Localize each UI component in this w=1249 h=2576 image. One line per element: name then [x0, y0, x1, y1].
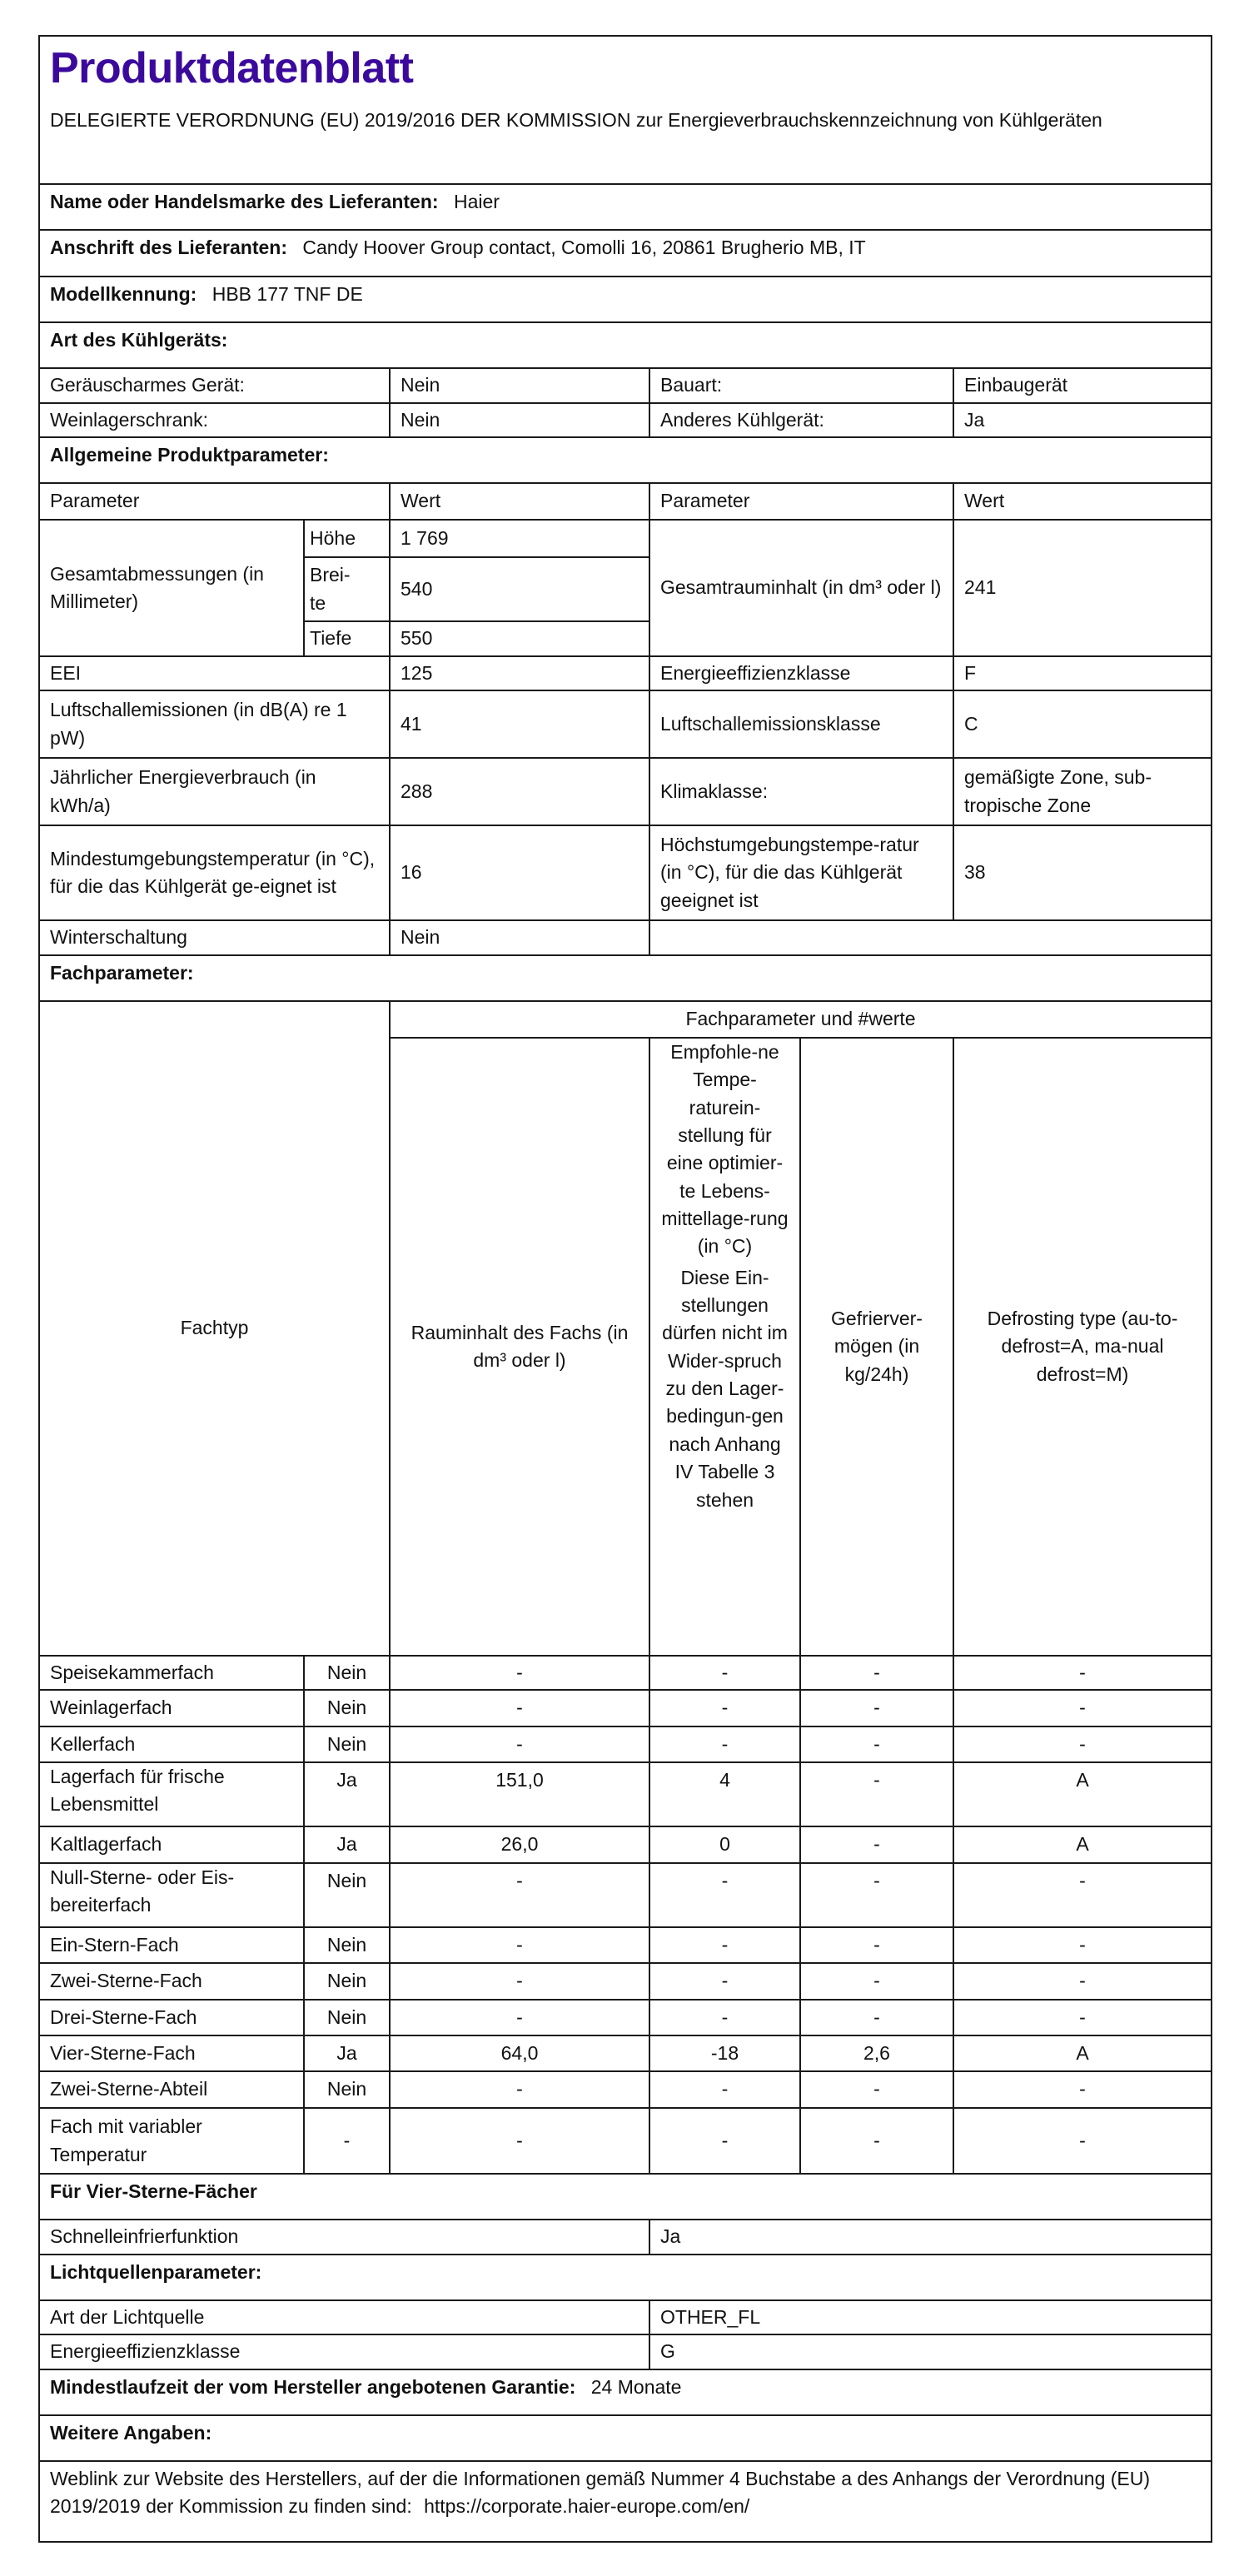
compartment-row: Lagerfach für frische LebensmittelJa151,… [39, 1762, 1212, 1826]
column-header: Parameter [39, 483, 390, 520]
col-header-temp: Empfohle-ne Tempe-raturein-stellung für … [649, 1038, 800, 1656]
volume-label: Gesamtrauminhalt (in dm³ oder l) [649, 520, 953, 656]
column-header: Wert [390, 483, 649, 520]
height-value: 1 769 [390, 520, 649, 557]
compartment-type: Ein-Stern-Fach [39, 1927, 304, 1963]
compartment-type: Kaltlagerfach [39, 1826, 304, 1863]
compartment-freeze-capacity: 2,6 [800, 2035, 953, 2071]
winter-label: Winterschaltung [39, 920, 390, 955]
compartment-defrost-type: A [953, 2035, 1212, 2071]
compartment-freeze-capacity: - [800, 1863, 953, 1927]
compartment-present: Nein [304, 1863, 390, 1927]
group-header: Fachparameter und #werte [390, 1001, 1212, 1038]
annual-energy-value: 288 [390, 758, 649, 825]
compartment-volume: - [390, 1963, 649, 2000]
compartment-volume: - [390, 1927, 649, 1963]
compartment-present: Ja [304, 2035, 390, 2071]
light-type-value: OTHER_FL [649, 2300, 1212, 2334]
width-label: Brei-te [304, 557, 390, 621]
compartment-temp: 0 [649, 1826, 800, 1863]
label: Anderes Kühlgerät: [649, 403, 953, 437]
compartment-row: WeinlagerfachNein---- [39, 1690, 1212, 1726]
compartment-volume: - [390, 2108, 649, 2174]
column-header: Parameter [649, 483, 953, 520]
compartment-temp: - [649, 2000, 800, 2035]
label: Weinlagerschrank: [39, 403, 390, 437]
compartment-temp: - [649, 2108, 800, 2174]
section-heading-further: Weitere Angaben: [39, 2415, 1212, 2461]
compartment-type: Fach mit variabler Temperatur [39, 2108, 304, 2174]
compartment-temp: - [649, 1963, 800, 2000]
compartment-present: Nein [304, 1690, 390, 1726]
energy-class-label: Energieeffizienzklasse [649, 656, 953, 690]
compartment-present: Nein [304, 1656, 390, 1690]
eei-label: EEI [39, 656, 390, 690]
compartment-freeze-capacity: - [800, 1927, 953, 1963]
light-type-label: Art der Lichtquelle [39, 2300, 649, 2334]
light-class-value: G [649, 2334, 1212, 2369]
compartment-defrost-type: - [953, 1726, 1212, 1762]
col-header-volume: Rauminhalt des Fachs (in dm³ oder l) [390, 1038, 649, 1656]
compartment-present: Nein [304, 1963, 390, 2000]
col-header-type: Fachtyp [39, 1001, 390, 1656]
compartment-defrost-type: - [953, 1927, 1212, 1963]
annual-energy-label: Jährlicher Energieverbrauch (in kWh/a) [39, 758, 390, 825]
supplier-name-label: Name oder Handelsmarke des Lieferanten: [50, 191, 439, 212]
section-heading-four-star: Für Vier-Sterne-Fächer [39, 2174, 1212, 2220]
page-title: Produktdatenblatt [50, 45, 1201, 92]
width-value: 540 [390, 557, 649, 621]
compartment-volume: - [390, 1726, 649, 1762]
compartment-type: Zwei-Sterne-Abteil [39, 2071, 304, 2108]
noise-value: 41 [390, 690, 649, 758]
compartment-type: Weinlagerfach [39, 1690, 304, 1726]
temp-header-note: Diese Ein-stellungen dürfen nicht im Wid… [654, 1264, 796, 1514]
compartment-type: Zwei-Sterne-Fach [39, 1963, 304, 2000]
regulation-text: DELEGIERTE VERORDNUNG (EU) 2019/2016 DER… [50, 106, 1201, 135]
compartment-row: KaltlagerfachJa26,00-A [39, 1826, 1212, 1863]
noise-class-label: Luftschallemissionsklasse [649, 690, 953, 758]
compartment-row: SpeisekammerfachNein---- [39, 1656, 1212, 1690]
compartment-volume: - [390, 2000, 649, 2035]
height-label: Höhe [304, 520, 390, 557]
appliance-type-row: Geräuscharmes Gerät: Nein Bauart: Einbau… [39, 368, 1212, 403]
climate-class-value: gemäßigte Zone, sub-tropische Zone [953, 758, 1212, 825]
compartment-freeze-capacity: - [800, 2071, 953, 2108]
section-heading-light: Lichtquellenparameter: [39, 2255, 1212, 2300]
compartment-volume: 26,0 [390, 1826, 649, 1863]
value: Ja [953, 403, 1212, 437]
compartment-row: Drei-Sterne-FachNein---- [39, 2000, 1212, 2035]
compartment-freeze-capacity: - [800, 1656, 953, 1690]
compartment-row: Zwei-Sterne-AbteilNein---- [39, 2071, 1212, 2108]
value: Einbaugerät [953, 368, 1212, 403]
compartment-type: Vier-Sterne-Fach [39, 2035, 304, 2071]
compartment-row: Zwei-Sterne-FachNein---- [39, 1963, 1212, 2000]
light-class-label: Energieeffizienzklasse [39, 2334, 649, 2369]
compartment-present: - [304, 2108, 390, 2174]
compartment-temp: 4 [649, 1762, 800, 1826]
model-row: Modellkennung: HBB 177 TNF DE [39, 277, 1212, 322]
compartment-volume: - [390, 2071, 649, 2108]
volume-value: 241 [953, 520, 1212, 656]
compartment-volume: - [390, 1656, 649, 1690]
compartment-present: Nein [304, 2071, 390, 2108]
appliance-type-row: Weinlagerschrank: Nein Anderes Kühlgerät… [39, 403, 1212, 437]
compartment-present: Ja [304, 1826, 390, 1863]
depth-value: 550 [390, 621, 649, 656]
compartment-defrost-type: - [953, 1656, 1212, 1690]
noise-class-value: C [953, 690, 1212, 758]
compartment-defrost-type: - [953, 2108, 1212, 2174]
width-label-text: Brei-te [310, 564, 351, 613]
column-header: Wert [953, 483, 1212, 520]
min-temp-value: 16 [390, 825, 649, 920]
section-heading-general: Allgemeine Produktparameter: [39, 437, 1212, 483]
compartment-freeze-capacity: - [800, 2108, 953, 2174]
product-data-sheet: Produktdatenblatt DELEGIERTE VERORDNUNG … [38, 35, 1212, 2543]
compartment-type: Drei-Sterne-Fach [39, 2000, 304, 2035]
model-label: Modellkennung: [50, 283, 197, 305]
compartment-temp: - [649, 1656, 800, 1690]
temp-header-text: Empfohle-ne Tempe-raturein-stellung für … [654, 1039, 796, 1261]
compartment-row: KellerfachNein---- [39, 1726, 1212, 1762]
col-header-defrost: Defrosting type (au-to-defrost=A, ma-nua… [953, 1038, 1212, 1656]
compartment-row: Fach mit variabler Temperatur----- [39, 2108, 1212, 2174]
compartment-temp: - [649, 1690, 800, 1726]
compartment-freeze-capacity: - [800, 2000, 953, 2035]
compartment-volume: - [390, 1863, 649, 1927]
warranty-label: Mindestlaufzeit der vom Hersteller angeb… [50, 2376, 575, 2398]
energy-class-value: F [953, 656, 1212, 690]
supplier-address-label: Anschrift des Lieferanten: [50, 237, 287, 258]
dimensions-label: Gesamtabmessungen (in Millimeter) [39, 520, 304, 656]
title-cell: Produktdatenblatt DELEGIERTE VERORDNUNG … [39, 36, 1212, 184]
supplier-address-value: Candy Hoover Group contact, Comolli 16, … [292, 237, 865, 258]
compartment-freeze-capacity: - [800, 1963, 953, 2000]
compartment-freeze-capacity: - [800, 1826, 953, 1863]
depth-label: Tiefe [304, 621, 390, 656]
compartment-type: Null-Sterne- oder Eis-bereiterfach [39, 1863, 304, 1927]
max-temp-label: Höchstumgebungstempe-ratur (in °C), für … [649, 825, 953, 920]
max-temp-value: 38 [953, 825, 1212, 920]
value: Nein [390, 403, 649, 437]
compartment-volume: - [390, 1690, 649, 1726]
warranty-row: Mindestlaufzeit der vom Hersteller angeb… [39, 2369, 1212, 2415]
compartment-temp: -18 [649, 2035, 800, 2071]
compartment-defrost-type: - [953, 1963, 1212, 2000]
col-header-freeze: Gefrierver-mögen (in kg/24h) [800, 1038, 953, 1656]
compartment-freeze-capacity: - [800, 1762, 953, 1826]
compartment-temp: - [649, 2071, 800, 2108]
noise-label: Luftschallemissionen (in dB(A) re 1 pW) [39, 690, 390, 758]
weblink-row: Weblink zur Website des Herstellers, auf… [39, 2461, 1212, 2542]
compartment-temp: - [649, 1863, 800, 1927]
compartment-defrost-type: A [953, 1826, 1212, 1863]
compartment-present: Nein [304, 2000, 390, 2035]
compartment-type: Lagerfach für frische Lebensmittel [39, 1762, 304, 1826]
compartment-volume: 151,0 [390, 1762, 649, 1826]
compartment-defrost-type: - [953, 1690, 1212, 1726]
fast-freeze-value: Ja [649, 2220, 1212, 2255]
compartment-row: Null-Sterne- oder Eis-bereiterfachNein--… [39, 1863, 1212, 1927]
compartment-defrost-type: - [953, 2071, 1212, 2108]
compartment-volume: 64,0 [390, 2035, 649, 2071]
warranty-value: 24 Monate [581, 2376, 682, 2398]
manufacturer-weblink[interactable]: https://corporate.haier-europe.com/en/ [424, 2495, 749, 2517]
compartment-defrost-type: - [953, 1863, 1212, 1927]
compartment-defrost-type: A [953, 1762, 1212, 1826]
compartment-freeze-capacity: - [800, 1726, 953, 1762]
compartment-row: Vier-Sterne-FachJa64,0-182,6A [39, 2035, 1212, 2071]
empty-cell [649, 920, 1212, 955]
compartment-type: Speisekammerfach [39, 1656, 304, 1690]
model-value: HBB 177 TNF DE [202, 283, 363, 305]
compartment-rows: SpeisekammerfachNein----WeinlagerfachNei… [39, 1656, 1212, 2174]
compartment-type: Kellerfach [39, 1726, 304, 1762]
section-heading-appliance-type: Art des Kühlgeräts: [39, 322, 1212, 368]
value: Nein [390, 368, 649, 403]
compartment-present: Ja [304, 1762, 390, 1826]
min-temp-label: Mindestumgebungstemperatur (in °C), für … [39, 825, 390, 920]
winter-value: Nein [390, 920, 649, 955]
eei-value: 125 [390, 656, 649, 690]
section-heading-compartments: Fachparameter: [39, 955, 1212, 1001]
compartment-present: Nein [304, 1927, 390, 1963]
compartment-temp: - [649, 1726, 800, 1762]
compartment-present: Nein [304, 1726, 390, 1762]
compartment-temp: - [649, 1927, 800, 1963]
compartment-defrost-type: - [953, 2000, 1212, 2035]
supplier-address-row: Anschrift des Lieferanten: Candy Hoover … [39, 230, 1212, 277]
general-header-row: Parameter Wert Parameter Wert [39, 483, 1212, 520]
climate-class-label: Klimaklasse: [649, 758, 953, 825]
fast-freeze-label: Schnelleinfrierfunktion [39, 2220, 649, 2255]
compartment-row: Ein-Stern-FachNein---- [39, 1927, 1212, 1963]
compartment-freeze-capacity: - [800, 1690, 953, 1726]
label: Bauart: [649, 368, 953, 403]
label: Geräuscharmes Gerät: [39, 368, 390, 403]
supplier-name-value: Haier [444, 191, 500, 212]
supplier-name-row: Name oder Handelsmarke des Lieferanten: … [39, 184, 1212, 230]
